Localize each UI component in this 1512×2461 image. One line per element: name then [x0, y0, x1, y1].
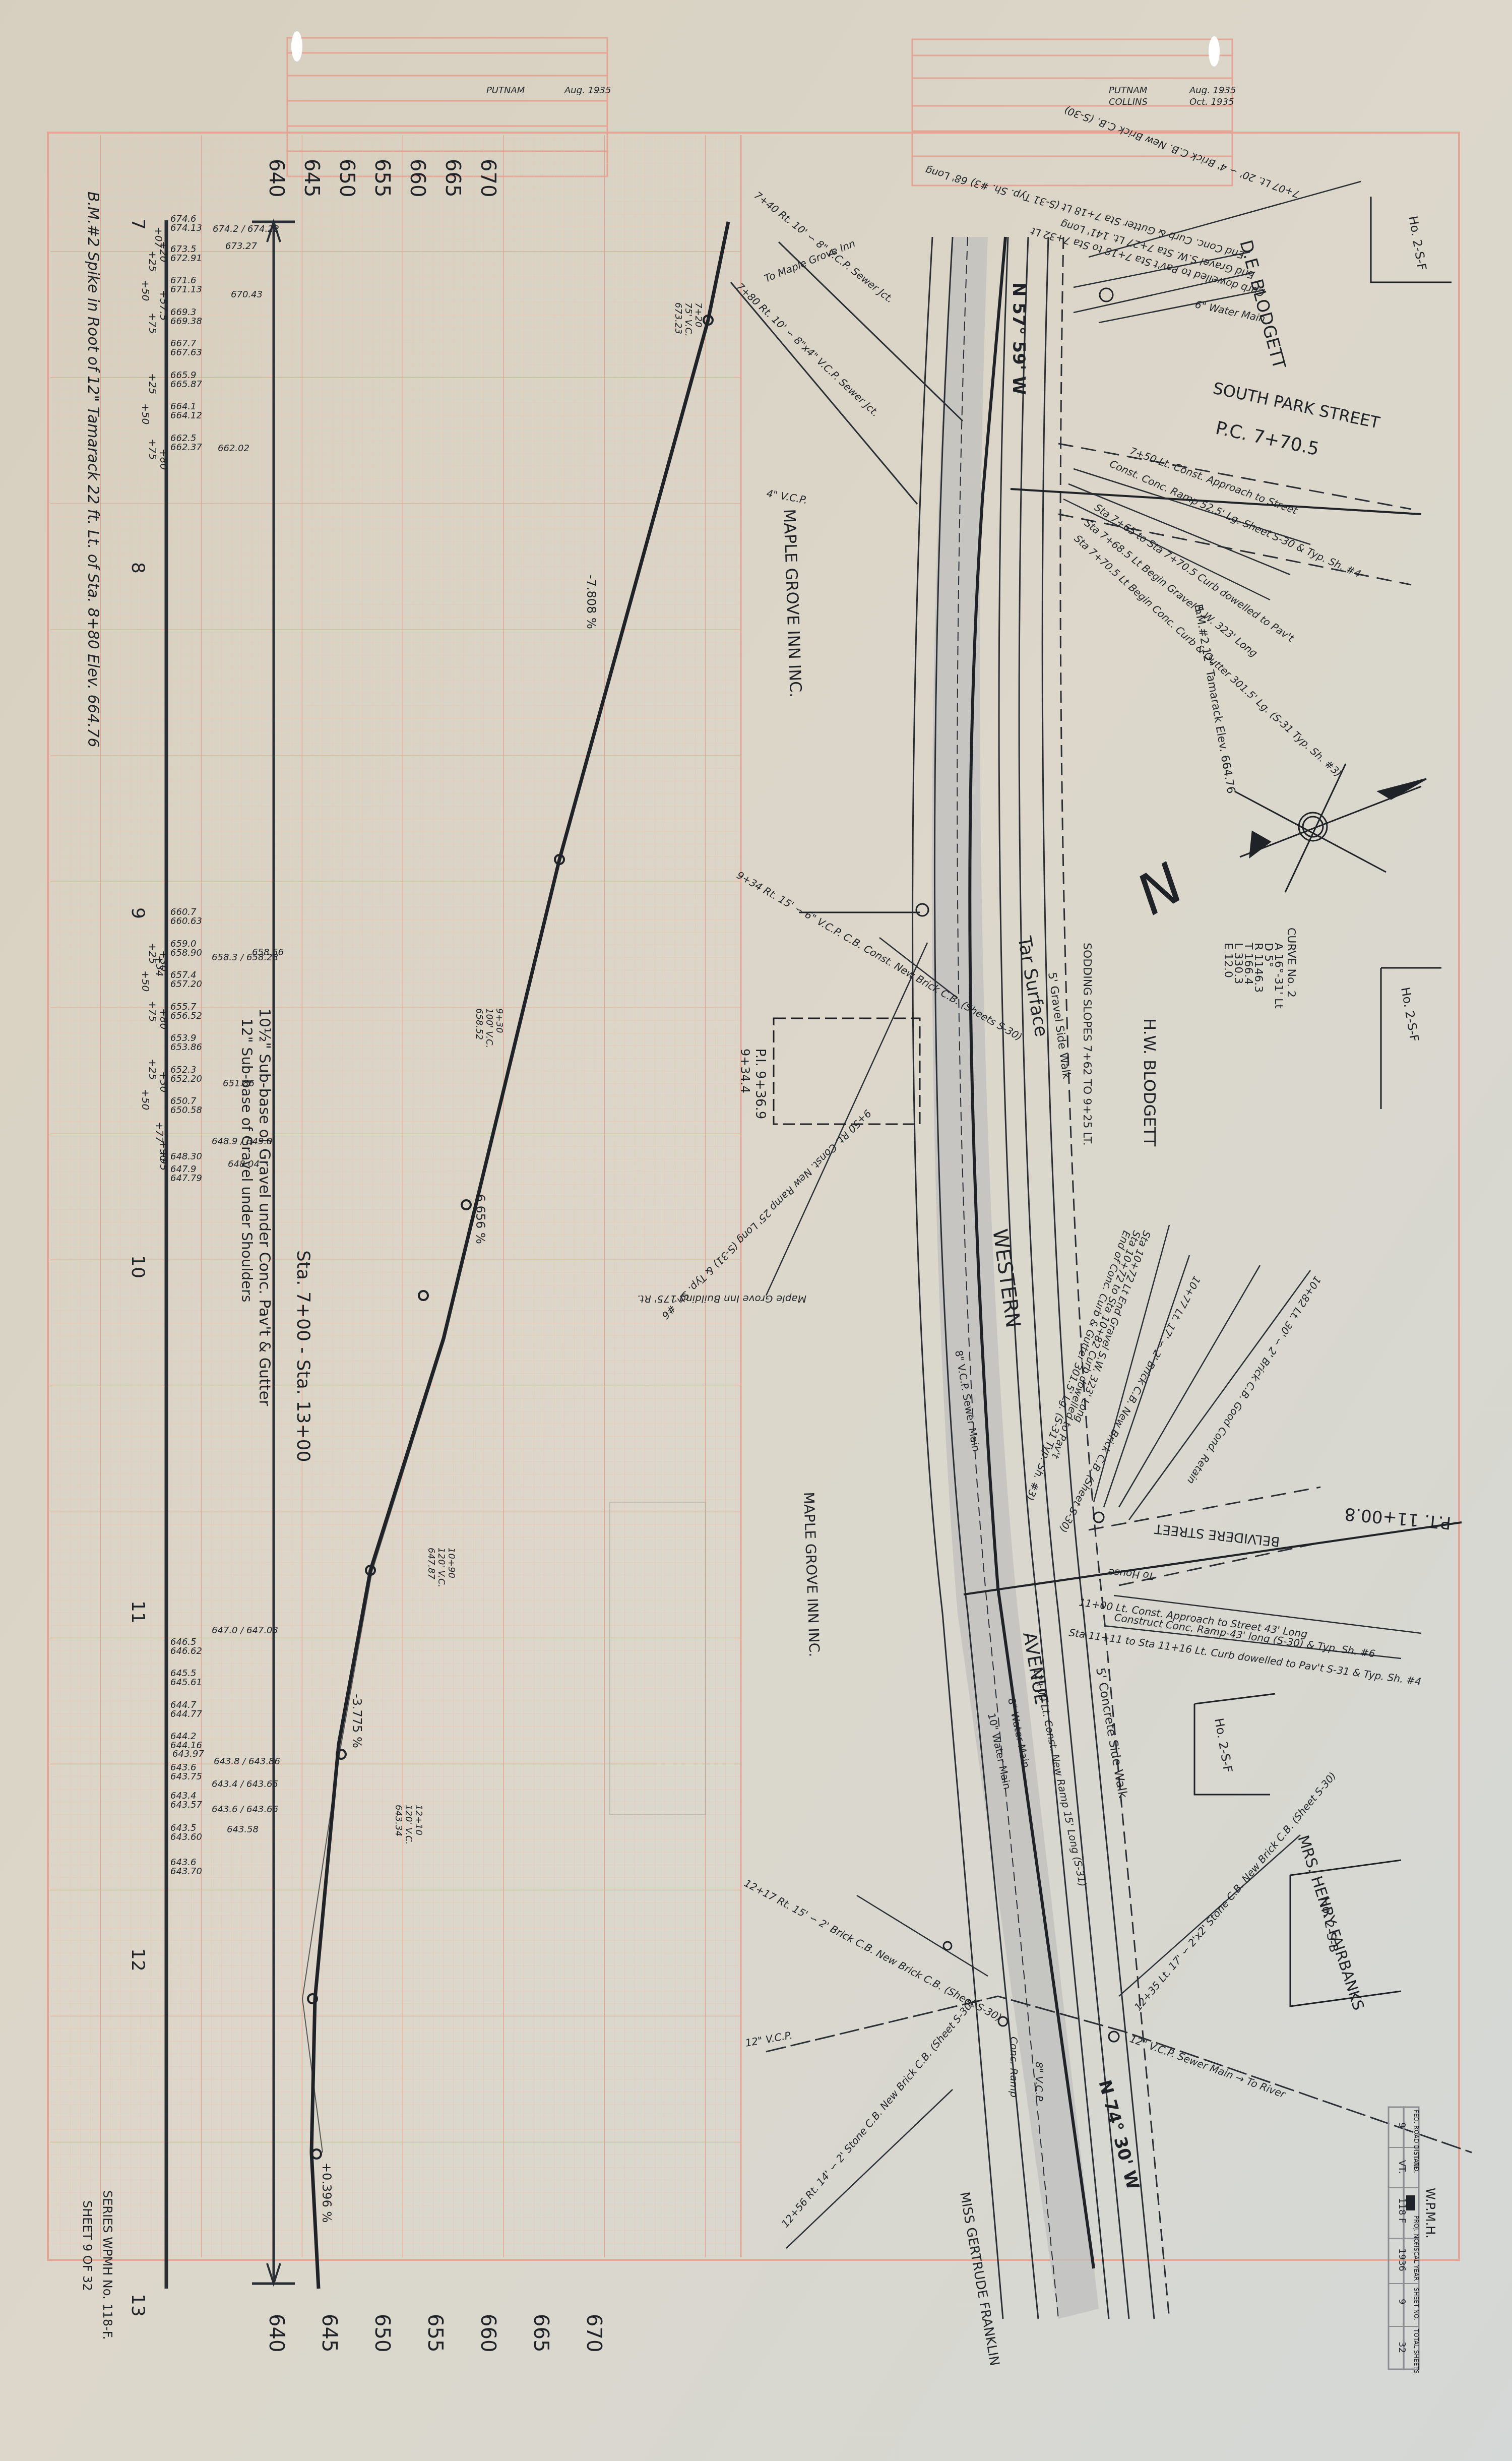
svg-text:645.61: 645.61: [170, 1677, 202, 1688]
svg-text:650: 650: [370, 2314, 394, 2352]
svg-text:665.87: 665.87: [170, 379, 203, 390]
svg-text:657.20: 657.20: [170, 979, 202, 990]
svg-text:+20: +20: [158, 241, 170, 262]
svg-text:Aug. 1935: Aug. 1935: [1189, 85, 1236, 96]
svg-text:674.2 / 674.22: 674.2 / 674.22: [213, 224, 279, 234]
svg-text:+25: +25: [147, 251, 159, 272]
svg-text:660.63: 660.63: [170, 916, 202, 927]
svg-text:664.12: 664.12: [170, 410, 202, 421]
svg-text:658.52: 658.52: [474, 1008, 484, 1040]
svg-text:646.62: 646.62: [170, 1646, 202, 1656]
svg-text:+25: +25: [147, 373, 159, 394]
svg-text:+50: +50: [140, 280, 152, 301]
svg-text:665: 665: [529, 2314, 552, 2352]
sheet-label: SHEET 9 OF 32: [80, 2200, 94, 2291]
svg-text:673.23: 673.23: [673, 302, 683, 334]
svg-text:669.38: 669.38: [170, 316, 202, 327]
svg-text:+50: +50: [140, 970, 152, 992]
svg-text:645: 645: [318, 2314, 341, 2352]
svg-text:-7.808 %: -7.808 %: [584, 575, 598, 629]
svg-text:674.13: 674.13: [170, 223, 202, 233]
svg-text:9+34.4: 9+34.4: [738, 1049, 752, 1093]
svg-text:650.58: 650.58: [170, 1105, 202, 1116]
svg-text:FISCAL YEAR: FISCAL YEAR: [1413, 2242, 1420, 2281]
svg-text:STATE: STATE: [1413, 2151, 1420, 2170]
svg-text:643.97: 643.97: [172, 1749, 205, 1759]
svg-text:+50: +50: [140, 403, 152, 424]
svg-text:W.P.M.H.: W.P.M.H.: [1423, 2188, 1437, 2239]
svg-text:120' V.C.: 120' V.C.: [403, 1805, 414, 1844]
svg-text:652.20: 652.20: [170, 1074, 202, 1084]
svg-text:655: 655: [370, 159, 394, 197]
svg-text:1936: 1936: [1397, 2248, 1407, 2271]
svg-text:11: 11: [128, 1601, 148, 1624]
svg-text:643.8 / 643.86: 643.8 / 643.86: [214, 1756, 280, 1767]
svg-text:SHEET NO.: SHEET NO.: [1413, 2288, 1420, 2320]
svg-text:640: 640: [265, 2314, 288, 2352]
svg-text:662.02: 662.02: [218, 443, 249, 454]
svg-text:658.90: 658.90: [170, 948, 202, 958]
svg-text:643.4 / 643.65: 643.4 / 643.65: [212, 1779, 278, 1790]
svg-text:647.0 / 647.03: 647.0 / 647.03: [212, 1625, 278, 1636]
svg-text:673.27: 673.27: [225, 241, 258, 252]
svg-text:7+20: 7+20: [693, 302, 704, 327]
benchmark-note: B.M.#2 Spike in Root of 12" Tamarack 22 …: [84, 192, 102, 747]
svg-text:TOTAL SHEETS: TOTAL SHEETS: [1413, 2328, 1420, 2374]
svg-text:H.W. BLODGETT: H.W. BLODGETT: [1140, 1018, 1159, 1146]
svg-text:9+30: 9+30: [494, 1008, 505, 1033]
svg-text:32: 32: [1397, 2342, 1407, 2353]
svg-text:643.70: 643.70: [170, 1866, 202, 1877]
svg-text:655: 655: [423, 2314, 447, 2352]
svg-text:Conc. Ramp: Conc. Ramp: [1008, 2037, 1020, 2098]
svg-text:+80: +80: [158, 1008, 170, 1029]
svg-text:647.79: 647.79: [170, 1173, 202, 1184]
svg-text:+34: +34: [154, 955, 166, 976]
svg-text:-3.775 %: -3.775 %: [350, 1694, 364, 1748]
svg-text:12: 12: [128, 1948, 148, 1972]
span-note: Sta. 7+00 - Sta. 13+00: [293, 1250, 313, 1462]
svg-text:8: 8: [128, 562, 148, 574]
svg-text:+25: +25: [147, 1059, 159, 1080]
svg-text:PUTNAM: PUTNAM: [486, 85, 525, 96]
svg-text:665: 665: [441, 159, 464, 197]
svg-text:644.77: 644.77: [170, 1709, 203, 1719]
svg-text:+75: +75: [147, 313, 159, 334]
svg-text:653.86: 653.86: [170, 1042, 202, 1053]
svg-text:10+90: 10+90: [446, 1548, 457, 1578]
svg-text:648.30: 648.30: [170, 1151, 202, 1162]
svg-text:662.37: 662.37: [170, 442, 203, 453]
svg-text:670: 670: [476, 159, 499, 197]
svg-text:75' V.C.: 75' V.C.: [683, 302, 694, 337]
svg-text:9: 9: [128, 907, 148, 919]
svg-text:650: 650: [335, 159, 358, 197]
svg-text:SODDING SLOPES 7+62 TO 9+25 LT: SODDING SLOPES 7+62 TO 9+25 LT.: [1081, 943, 1093, 1146]
svg-text:CURVE No. 2: CURVE No. 2: [1285, 928, 1297, 998]
svg-text:640: 640: [265, 159, 288, 197]
svg-text:660: 660: [406, 159, 429, 197]
subbase-note-shoulders: 12" Sub-base of Gravel under Shoulders: [238, 1018, 255, 1302]
svg-text:Oct. 1935: Oct. 1935: [1189, 97, 1234, 107]
svg-text:8" V.C.P.: 8" V.C.P.: [1033, 2062, 1045, 2103]
svg-text:7: 7: [128, 218, 148, 230]
svg-text:645: 645: [300, 159, 323, 197]
svg-text:VT.: VT.: [1397, 2160, 1407, 2174]
svg-text:647.87: 647.87: [426, 1548, 436, 1580]
svg-text:670: 670: [582, 2314, 605, 2352]
svg-text:656.52: 656.52: [170, 1011, 202, 1021]
svg-text:100' V.C.: 100' V.C.: [484, 1008, 494, 1048]
engineering-drawing-sheet: 640 645 650 655 660 665 670 640 645 650 …: [0, 0, 1512, 2461]
svg-text:643.34: 643.34: [393, 1805, 404, 1836]
svg-text:+95: +95: [158, 1149, 170, 1171]
svg-text:+57.5: +57.5: [158, 290, 170, 321]
svg-text:13: 13: [128, 2294, 148, 2317]
svg-text:643.57: 643.57: [170, 1800, 203, 1810]
subbase-note-pavement: 10½" Sub-base of Gravel under Conc. Pav'…: [256, 1008, 273, 1406]
svg-text:643.58: 643.58: [227, 1824, 259, 1835]
svg-text:671.13: 671.13: [170, 284, 202, 295]
series-label: SERIES WPMH No. 118-F.: [100, 2190, 114, 2340]
svg-text:120' V.C.: 120' V.C.: [436, 1548, 447, 1587]
svg-text:PROJ. NO.: PROJ. NO.: [1413, 2216, 1420, 2245]
svg-text:643.6 / 643.66: 643.6 / 643.66: [212, 1804, 278, 1815]
svg-text:E 12.0: E 12.0: [1222, 943, 1234, 978]
svg-text:672.91: 672.91: [170, 253, 202, 264]
punch-hole: [291, 31, 302, 61]
svg-text:+50: +50: [140, 1089, 152, 1110]
punch-hole: [1209, 36, 1220, 67]
svg-text:Aug. 1935: Aug. 1935: [564, 85, 611, 96]
svg-text:667.63: 667.63: [170, 347, 202, 358]
svg-text:COLLINS: COLLINS: [1109, 97, 1148, 107]
svg-text:PUTNAM: PUTNAM: [1109, 85, 1148, 96]
svg-text:P.I. 9+36.9: P.I. 9+36.9: [752, 1049, 768, 1119]
svg-text:643.75: 643.75: [170, 1771, 202, 1782]
svg-text:+75: +75: [147, 439, 159, 460]
svg-text:670.43: 670.43: [231, 289, 263, 300]
svg-text:118 F: 118 F: [1397, 2198, 1407, 2223]
svg-text:Maple Grove Inn Building 175': Maple Grove Inn Building 175' Rt.: [637, 1293, 806, 1305]
svg-text:660: 660: [476, 2314, 499, 2352]
svg-text:10: 10: [128, 1255, 148, 1278]
svg-text:9: 9: [1397, 2299, 1407, 2304]
svg-text:+80: +80: [158, 449, 170, 470]
svg-text:+75: +75: [147, 1001, 159, 1022]
svg-text:+0.396 %: +0.396 %: [320, 2163, 334, 2223]
svg-text:658.56: 658.56: [252, 947, 284, 958]
svg-text:12+10: 12+10: [413, 1805, 424, 1835]
svg-text:-6.656 %: -6.656 %: [473, 1190, 487, 1244]
svg-text:643.60: 643.60: [170, 1832, 202, 1842]
svg-text:+30: +30: [158, 1071, 170, 1092]
svg-text:9: 9: [1397, 2122, 1407, 2128]
svg-text:N 57° 59' W: N 57° 59' W: [1009, 282, 1029, 395]
